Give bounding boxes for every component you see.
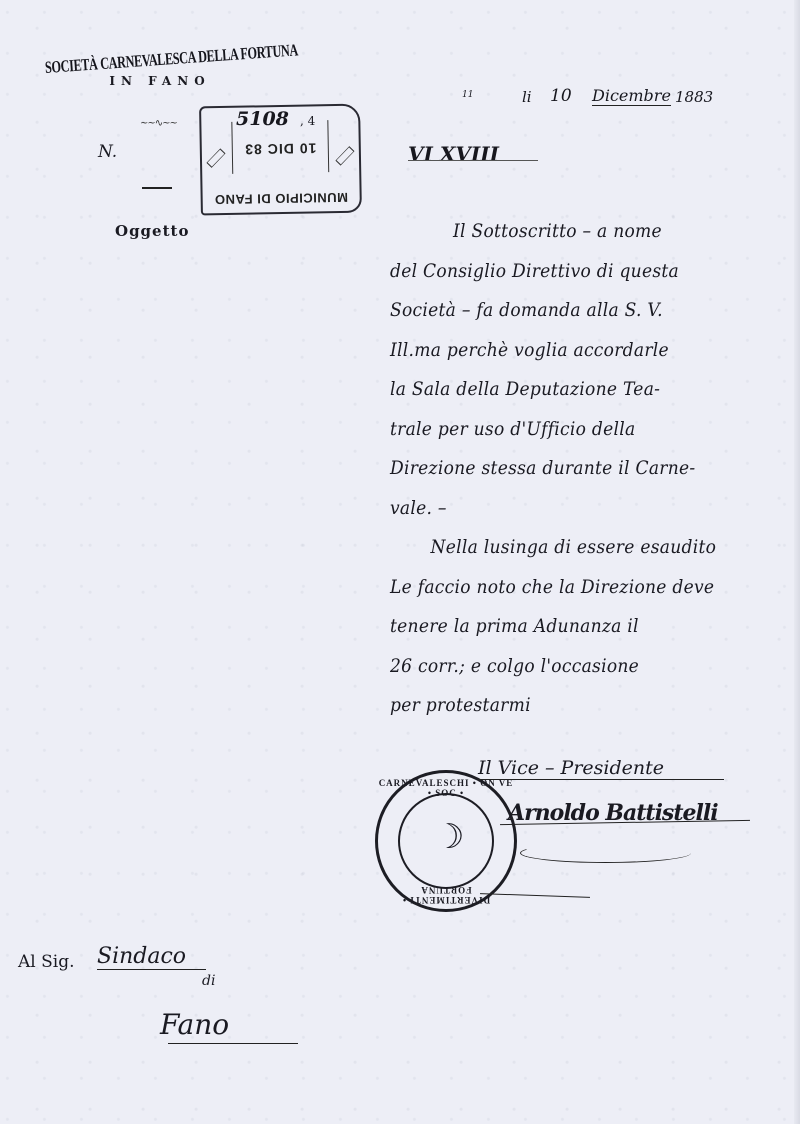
body-line: del Consiglio Direttivo di questa [390, 252, 741, 292]
date-day: 10 [550, 86, 572, 106]
body-line: per protestarmi [390, 686, 741, 726]
signatory-title: Il Vice – Presidente [478, 757, 724, 780]
registry-suffix: , 4 [300, 114, 315, 128]
letterhead: SOCIETÀ CARNEVALESCA DELLA FORTUNA IN FA… [30, 50, 290, 88]
ornament: ~~∿~~ [140, 118, 177, 129]
addressee-label: Al Sig. [18, 952, 75, 972]
body-line: 26 corr.; e colgo l'occasione [390, 647, 741, 687]
diamond-ornament-icon [206, 148, 225, 167]
addressee-title: Sindaco [97, 944, 206, 970]
body-line: vale. – [390, 489, 741, 529]
society-name: SOCIETÀ CARNEVALESCA DELLA FORTUNA [44, 42, 275, 78]
page-edge [794, 0, 800, 1124]
society-seal: CARNEVALESCHI • ON VE • SOC • ☽ DIVERTIM… [375, 770, 517, 912]
stamp-date: 10 DIC 83 [233, 140, 328, 158]
registry-number: 5108 [236, 108, 289, 130]
date-mark: 11 [462, 90, 473, 100]
body-line: Nella lusinga di essere esaudito [390, 528, 741, 568]
seal-text-bottom: DIVERTIMENTI • FORTUNA [378, 885, 514, 905]
signature-flourish [520, 843, 691, 863]
body-line: trale per uso d'Ufficio della [390, 410, 741, 450]
diamond-ornament-icon [335, 146, 354, 165]
body-line: Le faccio noto che la Direzione deve [390, 568, 741, 608]
date-prefix: li [522, 88, 532, 106]
addressee-of: di [202, 973, 215, 989]
stamp-office: MUNICIPIO DI FANO [209, 190, 354, 208]
protocol-underline [408, 160, 538, 161]
number-label: N. [98, 142, 117, 162]
subject-label: Oggetto [115, 222, 189, 240]
body-line: Il Sottoscritto – a nome [390, 212, 741, 252]
body-line: Direzione stessa durante il Carne- [390, 449, 741, 489]
body-line: la Sala della Deputazione Tea- [390, 370, 741, 410]
addressee-city: Fano [160, 1008, 229, 1041]
seal-inner-ring: ☽ [398, 793, 494, 889]
addressee-underline [168, 1043, 298, 1044]
number-dash [142, 187, 172, 189]
body-line: tenere la prima Adunanza il [390, 607, 741, 647]
body-line: Società – fa domanda alla S. V. [390, 291, 741, 331]
document-page: SOCIETÀ CARNEVALESCA DELLA FORTUNA IN FA… [0, 0, 800, 1124]
protocol-reference: VI XVIII [408, 142, 499, 166]
date-month: Dicembre [592, 86, 671, 106]
body-line: Ill.ma perchè voglia accordarle [390, 331, 741, 371]
crescent-emblem-icon: ☽ [434, 817, 464, 857]
letter-body: Il Sottoscritto – a nome del Consiglio D… [390, 212, 780, 726]
date-year: 1883 [675, 88, 713, 106]
